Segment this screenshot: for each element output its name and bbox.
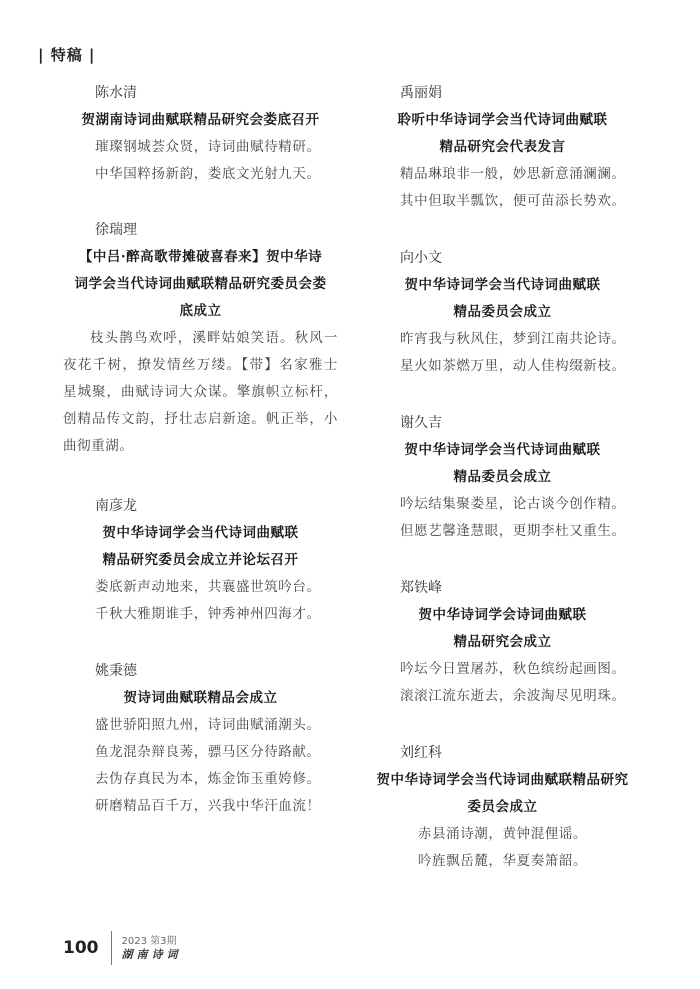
poem-line: 盛世骄阳照九州，诗词曲赋涌潮头。: [63, 712, 338, 739]
poem-title: 贺中华诗词学会当代诗词曲赋联精品研究: [360, 767, 645, 794]
section-tag: | 特稿 |: [38, 44, 95, 65]
footer-divider: [111, 931, 112, 965]
poem-line: 其中但取半瓢饮，便可苗添长势欢。: [370, 188, 635, 215]
author: 姚秉德: [63, 658, 338, 685]
author: 郑铁峰: [370, 575, 635, 602]
poem-title: 贺中华诗词学会诗词曲赋联: [370, 602, 635, 629]
poem-title: 精品研究委员会成立并论坛召开: [63, 547, 338, 574]
poem-line: 滚滚江流东逝去，余波淘尽见明珠。: [370, 683, 635, 710]
poem-title: 【中吕·醉高歌带摊破喜春来】贺中华诗: [63, 244, 338, 271]
poem-line: 但愿艺馨逢慧眼，更期李杜又重生。: [370, 518, 635, 545]
poem-xie-jiuji: 谢久吉 贺中华诗词学会当代诗词曲赋联 精品委员会成立 吟坛结集聚娄星，论古谈今创…: [370, 410, 635, 545]
poem-title: 贺湖南诗词曲赋联精品研究会娄底召开: [63, 107, 338, 134]
poem-title: 精品委员会成立: [370, 464, 635, 491]
poem-line: 研磨精品百千万，兴我中华汗血流！: [63, 793, 338, 820]
poem-title: 委员会成立: [370, 794, 635, 821]
poem-line: 璀璨钢城荟众贤，诗词曲赋待精研。: [63, 134, 338, 161]
poem-title: 精品研究会成立: [370, 629, 635, 656]
poem-prose: 枝头鹊鸟欢呼，溪畔姑娘笑语。秋风一夜花千树，撩发情丝万缕。【带】名家雅士星城聚，…: [63, 325, 338, 460]
poem-title: 贺中华诗词学会当代诗词曲赋联: [63, 520, 338, 547]
poem-title: 底成立: [63, 298, 338, 325]
poem-line: 娄底新声动地来，共襄盛世筑吟台。: [63, 574, 338, 601]
author: 禹丽娟: [370, 80, 635, 107]
poem-line: 吟旌飘岳麓，华夏奏箫韶。: [370, 848, 635, 875]
poem-line: 中华国粹扬新韵，娄底文光射九天。: [63, 161, 338, 188]
poem-zheng-tiefeng: 郑铁峰 贺中华诗词学会诗词曲赋联 精品研究会成立 吟坛今日置屠苏，秋色缤纷起画图…: [370, 575, 635, 710]
poem-chen-shuiqing: 陈水清 贺湖南诗词曲赋联精品研究会娄底召开 璀璨钢城荟众贤，诗词曲赋待精研。 中…: [63, 80, 338, 188]
page-number: 100: [63, 938, 99, 958]
poem-nan-yanlong: 南彦龙 贺中华诗词学会当代诗词曲赋联 精品研究委员会成立并论坛召开 娄底新声动地…: [63, 493, 338, 628]
author: 谢久吉: [370, 410, 635, 437]
poem-yao-bingde: 姚秉德 贺诗词曲赋联精品会成立 盛世骄阳照九州，诗词曲赋涌潮头。 鱼龙混杂辩良莠…: [63, 658, 338, 820]
poem-line: 吟坛今日置屠苏，秋色缤纷起画图。: [370, 656, 635, 683]
poem-title: 贺诗词曲赋联精品会成立: [63, 685, 338, 712]
poem-xiang-xiaowen: 向小文 贺中华诗词学会当代诗词曲赋联 精品委员会成立 昨宵我与秋风住，梦到江南共…: [370, 245, 635, 380]
poem-line: 精品琳琅非一般，妙思新意涌澜澜。: [370, 161, 635, 188]
poem-title: 精品研究会代表发言: [370, 134, 635, 161]
issue-info: 2023 第3期 湖南诗词: [122, 935, 182, 962]
poem-xu-ruili: 徐瑞理 【中吕·醉高歌带摊破喜春来】贺中华诗 词学会当代诗词曲赋联精品研究委员会…: [63, 217, 338, 460]
poem-line: 鱼龙混杂辩良莠，骠马区分待路献。: [63, 739, 338, 766]
author: 陈水清: [63, 80, 338, 107]
magazine-logo: 湖南诗词: [122, 948, 182, 962]
page-footer: 100 2023 第3期 湖南诗词: [63, 928, 182, 968]
poem-yu-lijuan: 禹丽娟 聆听中华诗词学会当代诗词曲赋联 精品研究会代表发言 精品琳琅非一般，妙思…: [370, 80, 635, 215]
poem-line: 吟坛结集聚娄星，论古谈今创作精。: [370, 491, 635, 518]
poem-title: 词学会当代诗词曲赋联精品研究委员会娄: [63, 271, 338, 298]
poem-liu-hongke: 刘红科 贺中华诗词学会当代诗词曲赋联精品研究 委员会成立 赤县涌诗潮，黄钟混俚谣…: [370, 740, 635, 875]
poem-line: 星火如茶燃万里，动人佳构缀新枝。: [370, 353, 635, 380]
poem-title: 精品委员会成立: [370, 299, 635, 326]
author: 向小文: [370, 245, 635, 272]
poem-title: 聆听中华诗词学会当代诗词曲赋联: [370, 107, 635, 134]
poem-title: 贺中华诗词学会当代诗词曲赋联: [370, 272, 635, 299]
issue-label: 2023 第3期: [122, 935, 182, 948]
author: 徐瑞理: [63, 217, 338, 244]
poem-title: 贺中华诗词学会当代诗词曲赋联: [370, 437, 635, 464]
author: 刘红科: [370, 740, 635, 767]
poem-line: 赤县涌诗潮，黄钟混俚谣。: [370, 821, 635, 848]
poem-line: 昨宵我与秋风住，梦到江南共论诗。: [370, 326, 635, 353]
poem-line: 去伪存真民为本，炼金饰玉重姱修。: [63, 766, 338, 793]
poem-line: 千秋大雅期谁手，钟秀神州四海才。: [63, 601, 338, 628]
author: 南彦龙: [63, 493, 338, 520]
